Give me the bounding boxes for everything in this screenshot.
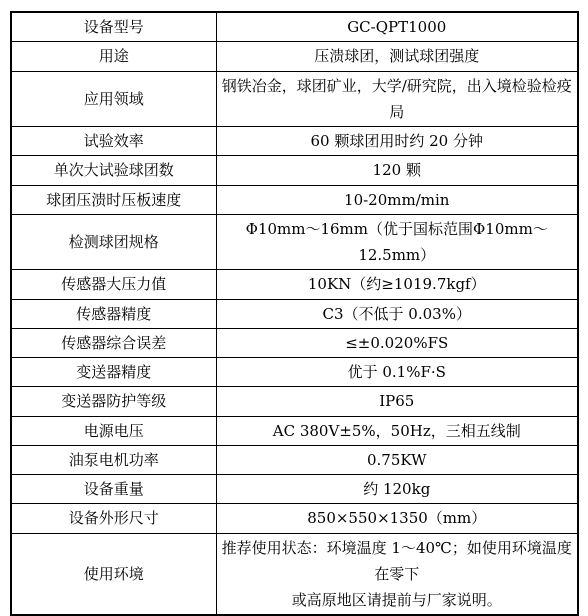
spec-value: 压溃球团，测试球团强度 — [216, 42, 578, 71]
table-row: 使用环境推荐使用状态：环境温度 1～40℃；如使用环境温度在零下 或高原地区请提… — [11, 533, 578, 615]
table-row: 传感器精度C3（不低于 0.03%） — [11, 299, 578, 328]
spec-label: 变送器防护等级 — [11, 387, 216, 416]
table-row: 检测球团规格Φ10mm～16mm（优于国标范围Φ10mm～12.5mm） — [11, 214, 578, 270]
spec-label: 应用领域 — [11, 71, 216, 127]
spec-value: 120 颗 — [216, 156, 578, 185]
spec-label: 传感器大压力值 — [11, 270, 216, 299]
spec-value: 10-20mm/min — [216, 185, 578, 214]
spec-label: 单次大试验球团数 — [11, 156, 216, 185]
spec-value: 约 120kg — [216, 475, 578, 504]
table-row: 用途压溃球团，测试球团强度 — [11, 42, 578, 71]
spec-label: 球团压溃时压板速度 — [11, 185, 216, 214]
table-row: 设备外形尺寸850×550×1350（mm） — [11, 504, 578, 533]
spec-label: 试验效率 — [11, 127, 216, 156]
table-row: 设备型号GC-QPT1000 — [11, 12, 578, 42]
table-row: 应用领域钢铁冶金，球团矿业，大学/研究院，出入境检验检疫局 — [11, 71, 578, 127]
table-row: 传感器大压力值10KN（约≥1019.7kgf） — [11, 270, 578, 299]
spec-label: 检测球团规格 — [11, 214, 216, 270]
spec-value: GC-QPT1000 — [216, 12, 578, 42]
spec-value: 0.75KW — [216, 445, 578, 474]
spec-label: 使用环境 — [11, 533, 216, 615]
spec-label: 油泵电机功率 — [11, 445, 216, 474]
table-row: 试验效率60 颗球团用时约 20 分钟 — [11, 127, 578, 156]
table-row: 变送器精度优于 0.1%F·S — [11, 358, 578, 387]
spec-label: 传感器精度 — [11, 299, 216, 328]
table-row: 电源电压AC 380V±5%，50Hz，三相五线制 — [11, 416, 578, 445]
spec-value: IP65 — [216, 387, 578, 416]
spec-label: 设备重量 — [11, 475, 216, 504]
spec-value: 钢铁冶金，球团矿业，大学/研究院，出入境检验检疫局 — [216, 71, 578, 127]
table-row: 传感器综合误差≤±0.020%FS — [11, 328, 578, 357]
spec-label: 传感器综合误差 — [11, 328, 216, 357]
spec-label: 用途 — [11, 42, 216, 71]
spec-label: 设备型号 — [11, 12, 216, 42]
table-row: 球团压溃时压板速度10-20mm/min — [11, 185, 578, 214]
spec-value: Φ10mm～16mm（优于国标范围Φ10mm～12.5mm） — [216, 214, 578, 270]
spec-value: 优于 0.1%F·S — [216, 358, 578, 387]
table-row: 油泵电机功率0.75KW — [11, 445, 578, 474]
spec-label: 电源电压 — [11, 416, 216, 445]
table-row: 变送器防护等级IP65 — [11, 387, 578, 416]
spec-value: 推荐使用状态：环境温度 1～40℃；如使用环境温度在零下 或高原地区请提前与厂家… — [216, 533, 578, 615]
spec-value: 10KN（约≥1019.7kgf） — [216, 270, 578, 299]
table-row: 设备重量约 120kg — [11, 475, 578, 504]
spec-value: ≤±0.020%FS — [216, 328, 578, 357]
spec-value: 850×550×1350（mm） — [216, 504, 578, 533]
table-row: 单次大试验球团数120 颗 — [11, 156, 578, 185]
spec-table-body: 设备型号GC-QPT1000用途压溃球团，测试球团强度应用领域钢铁冶金，球团矿业… — [11, 12, 578, 615]
spec-sheet: 设备型号GC-QPT1000用途压溃球团，测试球团强度应用领域钢铁冶金，球团矿业… — [0, 11, 588, 616]
spec-value: 60 颗球团用时约 20 分钟 — [216, 127, 578, 156]
spec-value: AC 380V±5%，50Hz，三相五线制 — [216, 416, 578, 445]
spec-label: 变送器精度 — [11, 358, 216, 387]
spec-label: 设备外形尺寸 — [11, 504, 216, 533]
spec-table: 设备型号GC-QPT1000用途压溃球团，测试球团强度应用领域钢铁冶金，球团矿业… — [10, 11, 579, 616]
spec-value: C3（不低于 0.03%） — [216, 299, 578, 328]
